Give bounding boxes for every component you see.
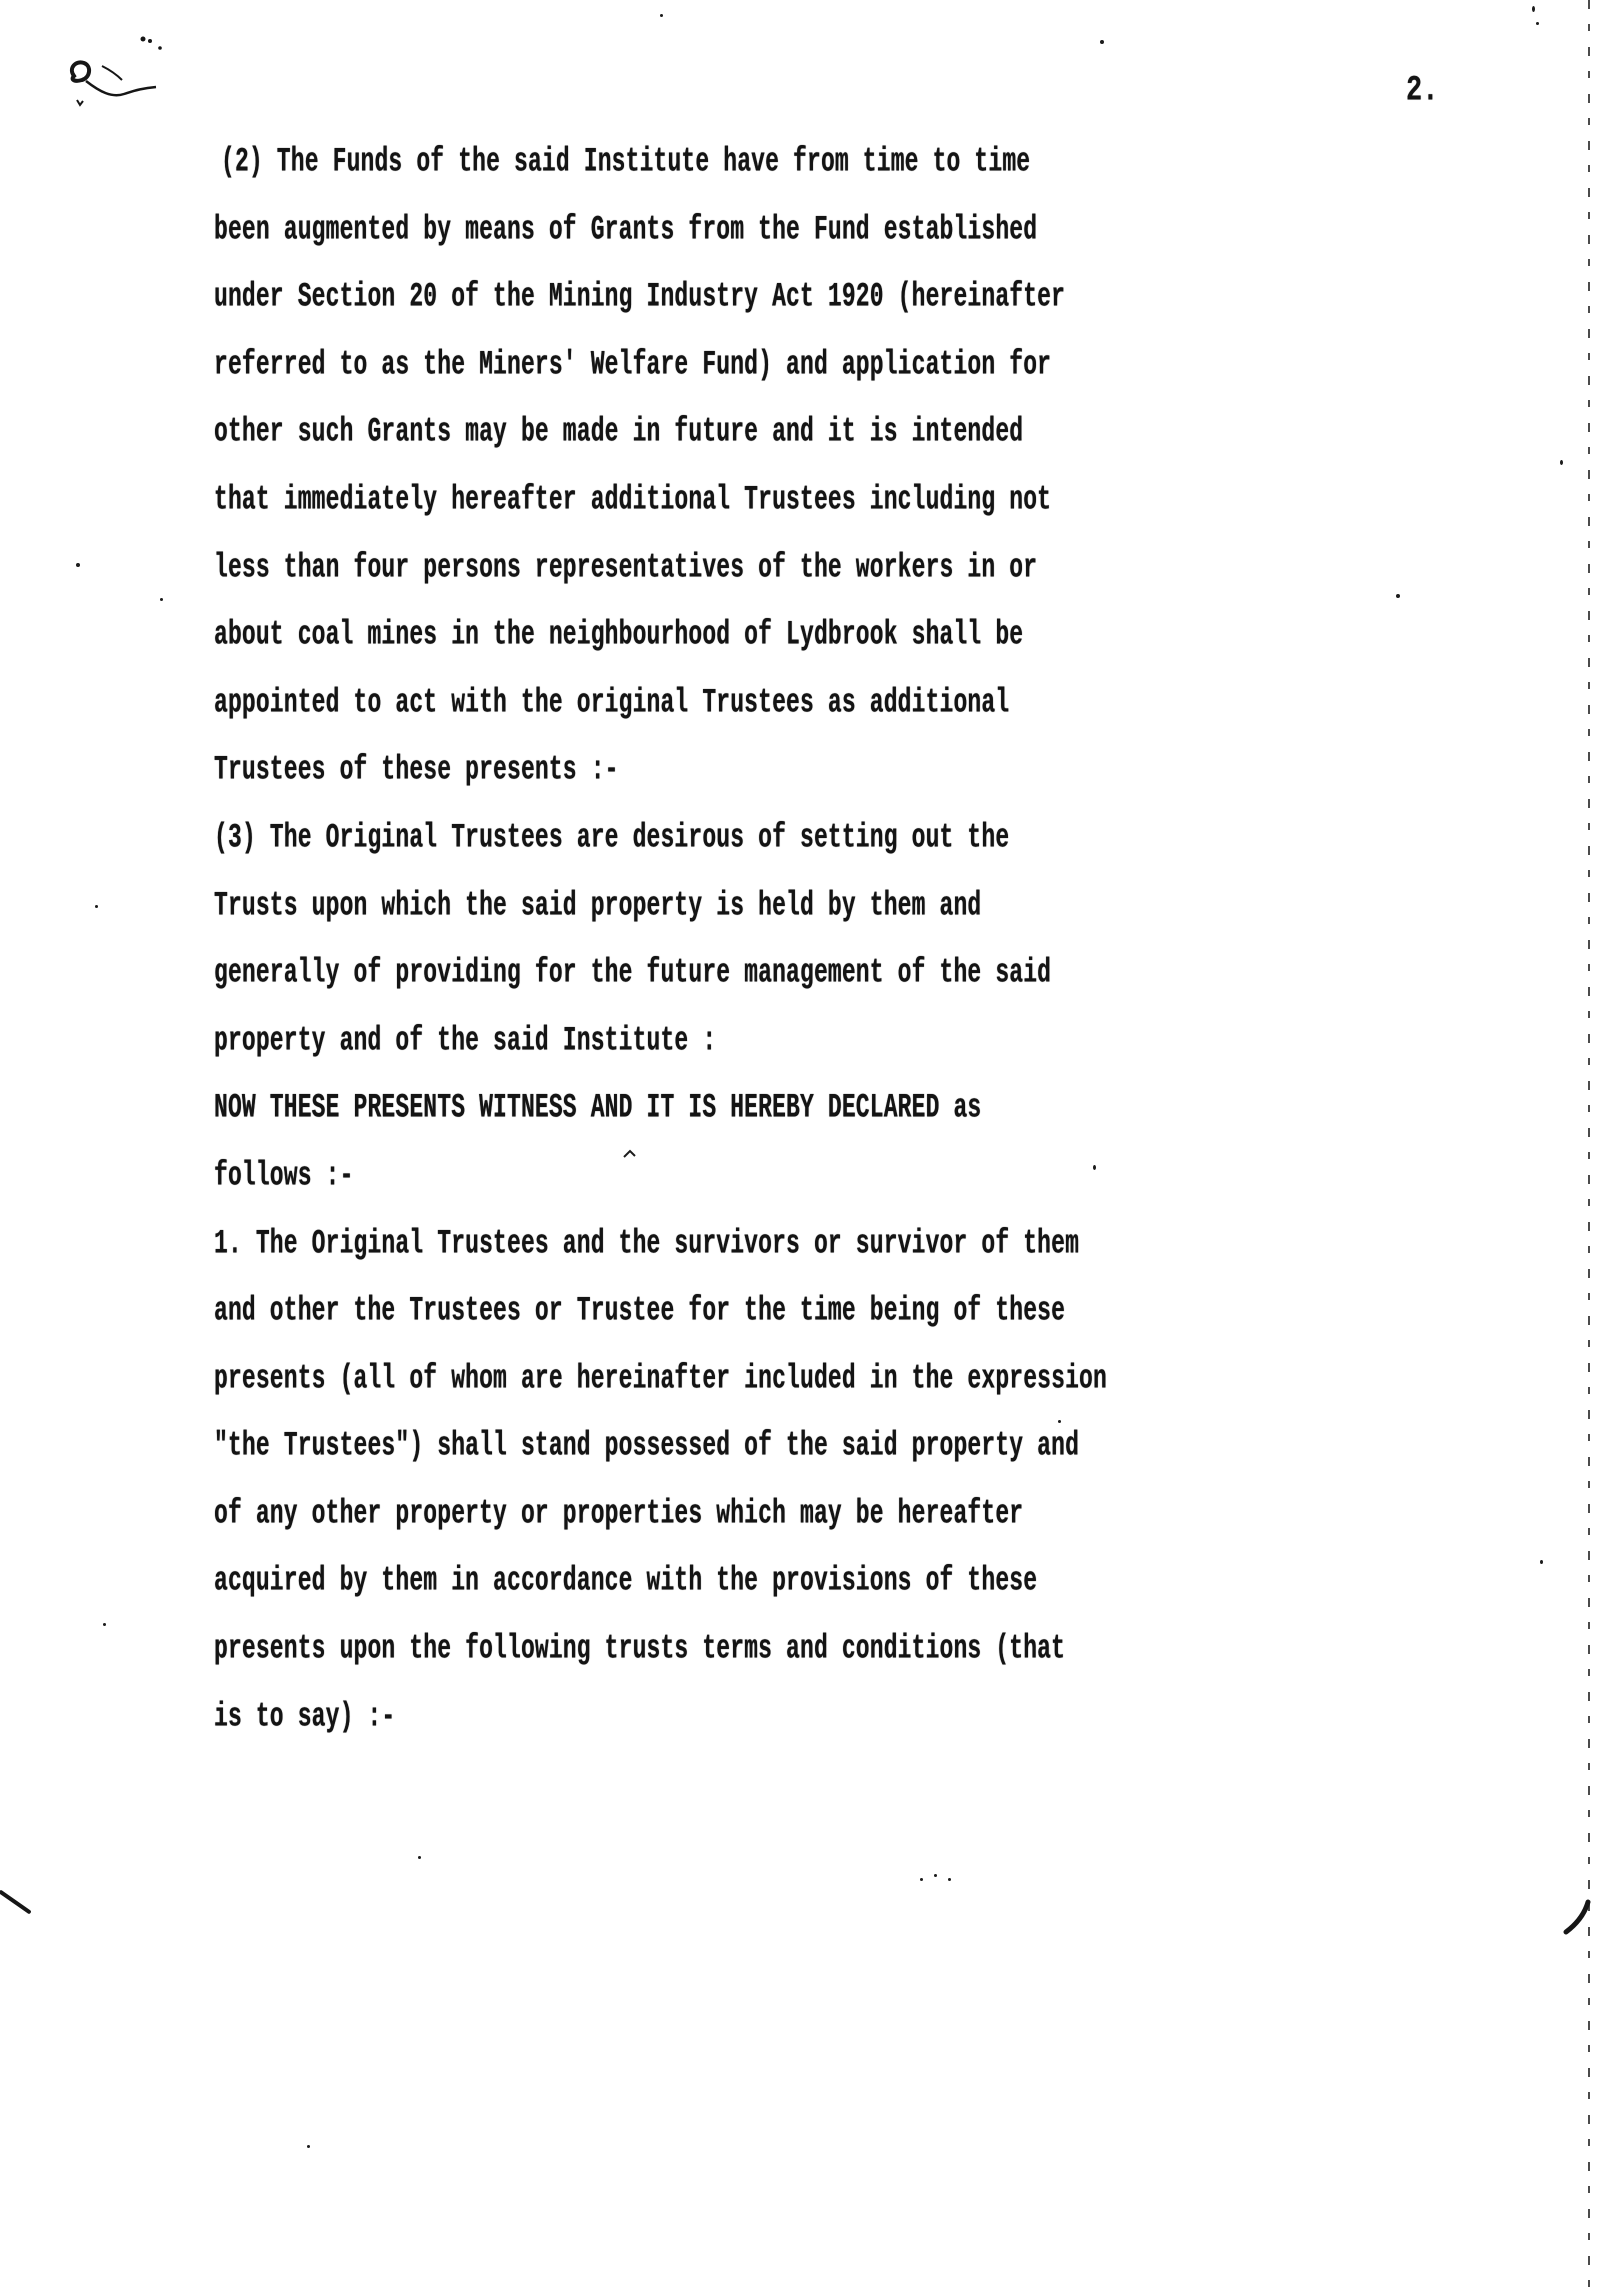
document-line: that immediately hereafter additional Tr…: [214, 480, 1214, 548]
document-line: been augmented by means of Grants from t…: [214, 210, 1214, 278]
document-line: (3) The Original Trustees are desirous o…: [214, 818, 1214, 886]
scan-speckle: [948, 1878, 951, 1881]
document-line: is to say) :-: [214, 1697, 1214, 1765]
scan-speckle: [1058, 1420, 1061, 1423]
document-body: (2) The Funds of the said Institute have…: [214, 142, 1214, 1764]
scan-speckle: [307, 2145, 310, 2148]
scan-speckle: [934, 1874, 937, 1877]
scan-speckle: [76, 563, 80, 567]
document-line: under Section 20 of the Mining Industry …: [214, 277, 1214, 345]
document-line: Trustees of these presents :-: [214, 750, 1214, 818]
scanned-document-page: 2. (2) The Funds of the said Institute h…: [0, 0, 1606, 2288]
handwriting-scribble-mark: [40, 8, 230, 118]
document-line: (2) The Funds of the said Institute have…: [214, 142, 1214, 210]
scan-speckle: [1100, 40, 1104, 44]
document-line: follows :-: [214, 1156, 1214, 1224]
scan-speckle: [920, 1878, 923, 1881]
document-line: Trusts upon which the said property is h…: [214, 886, 1214, 954]
scan-speckle: [103, 1623, 106, 1626]
document-line: property and of the said Institute :: [214, 1021, 1214, 1089]
curved-stroke-mark: [1558, 1880, 1598, 1950]
scan-speckle: [95, 905, 98, 908]
scan-speckle: [660, 14, 663, 17]
document-line: generally of providing for the future ma…: [214, 953, 1214, 1021]
stray-stroke-mark: [0, 1889, 32, 1914]
scan-speckle: [418, 1856, 421, 1859]
scan-speckle: [1396, 594, 1400, 598]
scan-speckle: [1532, 6, 1535, 12]
page-number: 2.: [1406, 72, 1438, 111]
document-line: presents upon the following trusts terms…: [214, 1629, 1214, 1697]
document-line: "the Trustees") shall stand possessed of…: [214, 1426, 1214, 1494]
scan-speckle: [1536, 22, 1539, 25]
document-line: and other the Trustees or Trustee for th…: [214, 1291, 1214, 1359]
document-line: 1. The Original Trustees and the survivo…: [214, 1224, 1214, 1292]
document-line: of any other property or properties whic…: [214, 1494, 1214, 1562]
document-line: other such Grants may be made in future …: [214, 412, 1214, 480]
document-line: referred to as the Miners' Welfare Fund)…: [214, 345, 1214, 413]
document-line: about coal mines in the neighbourhood of…: [214, 615, 1214, 683]
caret-smudge-mark: [622, 1148, 638, 1160]
document-line: appointed to act with the original Trust…: [214, 683, 1214, 751]
scan-speckle: [1540, 1560, 1543, 1564]
document-line: acquired by them in accordance with the …: [214, 1561, 1214, 1629]
document-line: presents (all of whom are hereinafter in…: [214, 1359, 1214, 1427]
scan-speckle: [1093, 1165, 1096, 1170]
scan-speckle: [160, 598, 163, 601]
scan-speckle: [1560, 460, 1563, 465]
document-line: less than four persons representatives o…: [214, 548, 1214, 616]
document-line: NOW THESE PRESENTS WITNESS AND IT IS HER…: [214, 1088, 1214, 1156]
